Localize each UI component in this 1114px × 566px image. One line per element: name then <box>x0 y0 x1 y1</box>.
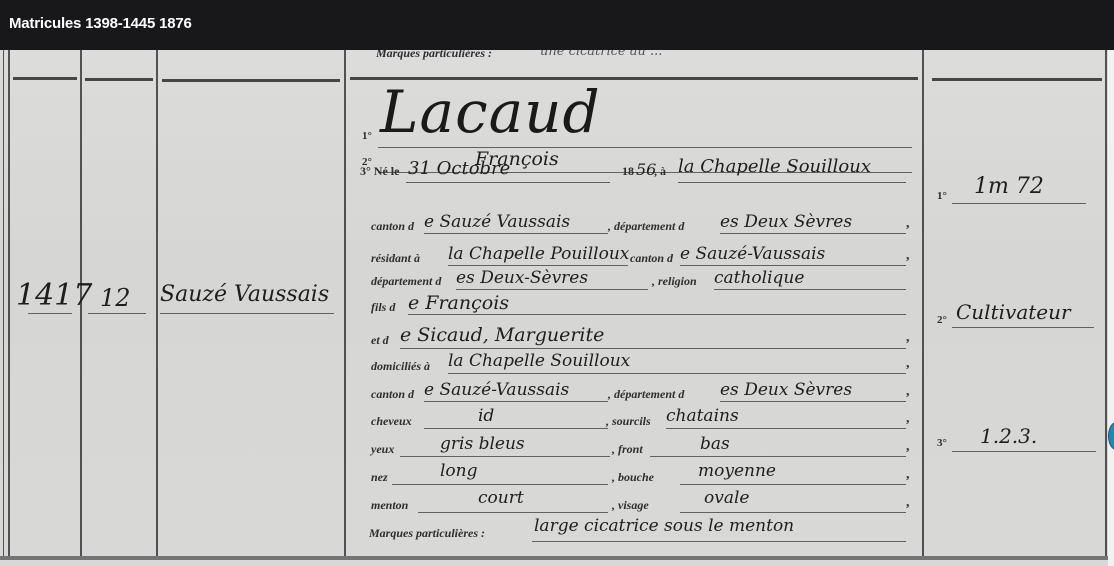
matricule-number: 1417 <box>16 278 92 313</box>
profession-label: 2° <box>937 314 947 326</box>
underline <box>418 511 608 513</box>
canton-name: Sauzé Vaussais <box>160 282 329 307</box>
comma: , <box>906 439 910 455</box>
underline <box>160 312 334 314</box>
religion-value: catholique <box>714 268 804 288</box>
column-divider <box>8 50 10 556</box>
comma: , <box>906 495 910 511</box>
column-divider <box>922 50 924 556</box>
underline <box>392 483 608 485</box>
prev-marques-value: une cicatrice au ... <box>540 50 662 59</box>
underline <box>424 427 608 429</box>
nez-label: nez <box>371 470 388 485</box>
comma: , <box>906 411 910 427</box>
comma: , <box>906 330 910 346</box>
marques-value: large cicatrice sous le menton <box>534 516 794 536</box>
underline <box>28 312 72 314</box>
document-viewer[interactable]: Marques particulières : une cicatrice au… <box>0 50 1114 566</box>
visage-value: ovale <box>704 488 749 508</box>
comma: , <box>906 384 910 400</box>
underline <box>88 312 146 314</box>
underline <box>406 181 610 183</box>
sourcils-label: , sourcils <box>606 414 651 429</box>
instruction-value: 1.2.3. <box>980 424 1037 448</box>
birth-date: 31 Octobre <box>408 158 510 179</box>
front-label: , front <box>612 442 643 457</box>
surname: Lacaud <box>380 78 601 146</box>
fils-label: fils d <box>371 300 395 315</box>
departement-label: , département d <box>608 219 684 234</box>
canton-number: 12 <box>100 284 131 312</box>
mother-name: e Sicaud, Marguerite <box>400 324 604 346</box>
front-value: bas <box>700 434 730 454</box>
birth-place: la Chapelle Souilloux <box>678 156 871 177</box>
underline <box>424 232 608 234</box>
departement2-value: es Deux-Sèvres <box>456 268 588 288</box>
prev-marques-label: Marques particulières : <box>376 50 492 61</box>
profession-value: Cultivateur <box>956 300 1071 324</box>
underline <box>720 232 906 234</box>
underline <box>378 146 912 148</box>
menton-label: menton <box>371 498 408 513</box>
underline <box>678 181 906 183</box>
underline <box>680 511 906 513</box>
nez-value: long <box>440 461 478 481</box>
domicilies-value: la Chapelle Souilloux <box>448 351 630 371</box>
birth-place-sep: , à <box>654 164 666 179</box>
underline <box>680 483 906 485</box>
underline <box>424 400 608 402</box>
et-label: et d <box>371 333 389 348</box>
header-rule <box>162 79 340 82</box>
cheveux-label: cheveux <box>371 414 412 429</box>
height-value: 1m 72 <box>974 174 1044 199</box>
born-label: 3° Né le <box>360 164 399 179</box>
comma: , <box>906 356 910 372</box>
underline <box>400 455 610 457</box>
column-divider <box>344 50 346 556</box>
underline <box>720 400 906 402</box>
departement-value: es Deux Sèvres <box>720 212 852 232</box>
header-rule <box>85 78 153 81</box>
cheveux-value: id <box>478 406 494 426</box>
bouche-value: moyenne <box>698 461 776 481</box>
menton-value: court <box>478 488 524 508</box>
height-label: 1° <box>937 190 947 202</box>
residant-canton-label: canton d <box>630 251 673 266</box>
column-divider <box>1105 50 1107 556</box>
underline <box>650 455 906 457</box>
underline <box>952 202 1086 204</box>
underline <box>532 540 906 542</box>
instruction-label: 3° <box>937 437 947 449</box>
underline <box>666 427 906 429</box>
underline <box>680 264 906 266</box>
page-edge <box>1108 50 1114 566</box>
underline <box>952 326 1094 328</box>
marques-label: Marques particulières : <box>369 526 485 541</box>
underline <box>456 288 648 290</box>
header-rule <box>932 78 1102 81</box>
title-bar: Matricules 1398-1445 1876 <box>0 0 1114 50</box>
religion-label: , religion <box>652 274 697 289</box>
underline <box>448 264 628 266</box>
canton3-label: canton d <box>371 387 414 402</box>
comma: , <box>906 467 910 483</box>
father-name: e François <box>408 292 509 314</box>
underline <box>952 450 1096 452</box>
underline <box>714 288 906 290</box>
birth-year-prefix: 18 <box>622 164 634 179</box>
underline <box>448 372 906 374</box>
departement3-label: , département d <box>608 387 684 402</box>
residant-label: résidant à <box>371 251 420 266</box>
yeux-label: yeux <box>371 442 394 457</box>
canton3-value: e Sauzé-Vaussais <box>424 380 569 400</box>
visage-label: , visage <box>612 498 649 513</box>
residant-canton-value: e Sauzé-Vaussais <box>680 244 825 264</box>
header-rule <box>13 77 77 80</box>
bottom-rule <box>0 556 1108 560</box>
underline <box>408 313 906 315</box>
comma: , <box>906 216 910 232</box>
column-divider <box>156 50 158 556</box>
underline <box>400 347 906 349</box>
line1-label: 1° <box>362 130 372 142</box>
sourcils-value: chatains <box>666 406 739 426</box>
window-title: Matricules 1398-1445 1876 <box>9 15 192 32</box>
register-page-scan: Marques particulières : une cicatrice au… <box>0 50 1108 566</box>
departement3-value: es Deux Sèvres <box>720 380 852 400</box>
canton-label: canton d <box>371 219 414 234</box>
yeux-value: gris bleus <box>440 434 525 454</box>
bouche-label: , bouche <box>612 470 654 485</box>
column-divider <box>3 50 4 556</box>
comma: , <box>906 248 910 264</box>
residant-value: la Chapelle Pouilloux <box>448 244 629 264</box>
domicilies-label: domiciliés à <box>371 359 430 374</box>
departement2-label: département d <box>371 274 441 289</box>
canton-value: e Sauzé Vaussais <box>424 212 570 232</box>
